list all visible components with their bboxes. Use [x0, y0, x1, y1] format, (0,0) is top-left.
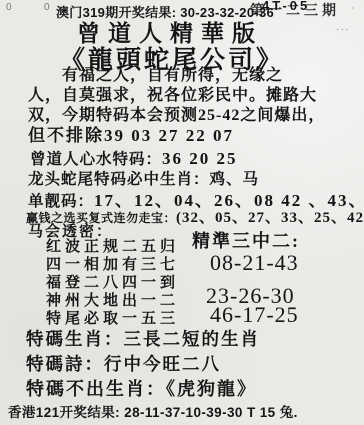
special-zodiac-label: 特碼生肖：: [26, 329, 124, 349]
special-zodiac-line: 特碼生肖：三長二短的生肖: [26, 326, 260, 351]
hongkong-draw-result: 香港121开奖结果: 28-11-37-10-39-30 T 15 兔.: [8, 401, 298, 421]
combo-codes-numbers: (32、05、27、33、25、42): [176, 210, 364, 226]
excluded-zodiac-value: 《虎狗龍》: [166, 379, 257, 399]
three-hit-two-numbers: 46-17-25: [210, 302, 299, 328]
intro-line: 双，今期特码本会预测25-42之间爆出，: [28, 106, 348, 126]
issue-number-overlay: 4T-05: [262, 0, 310, 13]
intro-line: 人，自莫强求，祝各位彩民中。摊路大: [28, 86, 348, 106]
special-zodiac-value: 三長二短的生肖: [124, 329, 261, 349]
xinshui-label: 曾道人心水特码：: [30, 151, 162, 168]
poem-line: 福登二八四一到: [46, 274, 179, 292]
poem-line: 四一相加有三七: [46, 256, 179, 274]
scan-artifact: ': [352, 6, 354, 17]
poem-line: 神州大地出一二: [46, 292, 179, 310]
poem-line: 红波正规二五归: [46, 238, 179, 256]
xinshui-special-code-line: 曾道人心水特码：36 20 25: [30, 147, 238, 169]
tip-poem: 红波正规二五归 四一相加有三七 福登二八四一到 神州大地出一二 特尾必取一五三: [46, 238, 179, 328]
scan-artifact: 0: [44, 2, 50, 13]
intro-line: 有福之人，自有所得，无缘之: [28, 66, 348, 86]
special-poem-label: 特碼詩：: [26, 354, 104, 374]
intro-paragraph: 有福之人，自有所得，无缘之 人，自莫强求，祝各位彩民中。摊路大 双，今期特码本会…: [28, 66, 348, 146]
scan-artifact: 0: [6, 2, 12, 13]
xinshui-numbers: 36 20 25: [162, 149, 238, 168]
intro-line-numbers: 但不排除39 03 27 22 07: [28, 126, 348, 146]
excluded-zodiac-label: 特碼不出生肖：: [26, 379, 166, 399]
lottery-tip-sheet: 0 0 ... ' 澳门319期开奖结果: 30-23-32-20-36 第一二…: [0, 0, 364, 425]
special-poem-value: 行中今旺二八: [104, 354, 221, 374]
three-hit-two-numbers: 08-21-43: [210, 250, 299, 276]
excluded-zodiac-line: 特碼不出生肖：《虎狗龍》: [26, 375, 257, 401]
special-poem-line: 特碼詩：行中今旺二八: [26, 351, 221, 376]
